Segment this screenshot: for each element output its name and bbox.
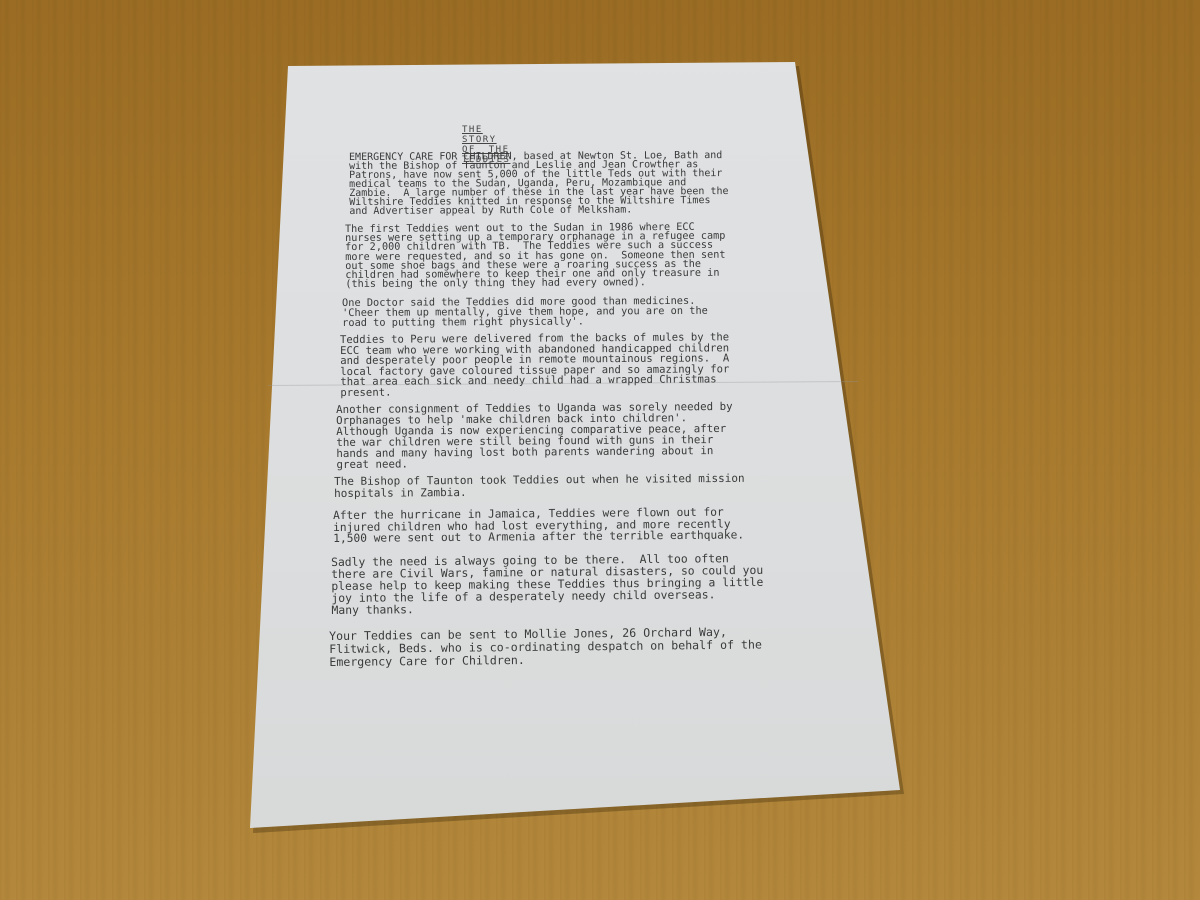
paragraph-intro: EMERGENCY CARE FOR CHILDREN, based at Ne… xyxy=(349,151,729,216)
paragraph-zambia: The Bishop of Taunton took Teddies out w… xyxy=(334,473,745,499)
paragraph-sudan: The first Teddies went out to the Sudan … xyxy=(345,223,726,290)
paragraph-uganda: Another consignment of Teddies to Uganda… xyxy=(336,401,733,470)
paragraph-contact: Your Teddies can be sent to Mollie Jones… xyxy=(329,625,762,669)
paragraph-doctor-quote: One Doctor said the Teddies did more goo… xyxy=(342,296,708,328)
paragraph-peru: Teddies to Peru were delivered from the … xyxy=(340,332,729,398)
paragraph-jamaica-armenia: After the hurricane in Jamaica, Teddies … xyxy=(333,506,744,544)
paragraph-appeal: Sadly the need is always going to be the… xyxy=(331,552,764,616)
